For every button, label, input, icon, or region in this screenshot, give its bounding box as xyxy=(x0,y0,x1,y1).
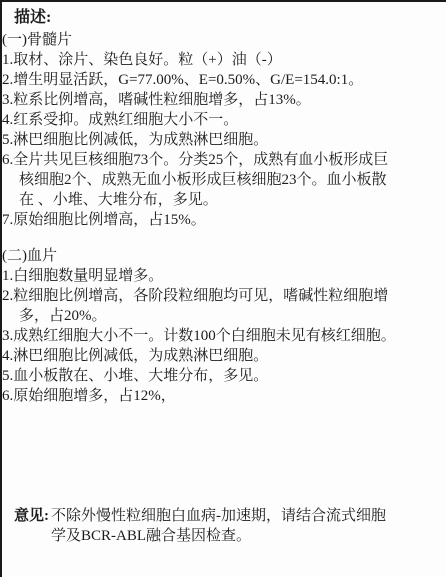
section-bone-marrow: (一)骨髓片 1.取材、涂片、染色良好。粒（+）油（-）2.增生明显活跃，G=7… xyxy=(2,30,396,230)
opinion-heading: 意见: xyxy=(2,506,49,526)
bone-marrow-item-list: 1.取材、涂片、染色良好。粒（+）油（-）2.增生明显活跃，G=77.00%、E… xyxy=(2,50,396,230)
report-line-item: 7.原始细胞比例增高，占15%。 xyxy=(2,210,396,230)
report-line-item: 1.取材、涂片、染色良好。粒（+）油（-） xyxy=(2,50,396,70)
report-line-item: 6.全片共见巨核细胞73个。分类25个，成熟有血小板形成巨核细胞2个、成熟无血小… xyxy=(2,150,396,210)
report-line-item: 3.成熟红细胞大小不一。计数100个白细胞未见有核红细胞。 xyxy=(2,326,396,346)
report-content: 描述: (一)骨髓片 1.取材、涂片、染色良好。粒（+）油（-）2.增生明显活跃… xyxy=(2,2,446,546)
report-line-item: 5.血小板散在、小堆、大堆分布，多见。 xyxy=(2,366,396,386)
report-line-item: 4.淋巴细胞比例减低，为成熟淋巴细胞。 xyxy=(2,346,396,366)
report-line-item: 3.粒系比例增高，嗜碱性粒细胞增多，占13%。 xyxy=(2,90,396,110)
report-line-item: 4.红系受抑。成熟红细胞大小不一。 xyxy=(2,110,396,130)
opinion-text: 不除外慢性粒细胞白血病-加速期，请结合流式细胞学及BCR-ABL融合基因检查。 xyxy=(51,506,396,546)
section-blood-film: (二)血片 1.白细胞数量明显增多。2.粒细胞比例增高，各阶段粒细胞均可见，嗜碱… xyxy=(2,246,396,406)
report-line-item: 1.白细胞数量明显增多。 xyxy=(2,266,396,286)
report-line-item: 5.淋巴细胞比例减低，为成熟淋巴细胞。 xyxy=(2,130,396,150)
section-heading-bone-marrow: (一)骨髓片 xyxy=(2,30,396,50)
report-line-item: 2.粒细胞比例增高，各阶段粒细胞均可见，嗜碱性粒细胞增多，占20%。 xyxy=(2,286,396,326)
blood-film-item-list: 1.白细胞数量明显增多。2.粒细胞比例增高，各阶段粒细胞均可见，嗜碱性粒细胞增多… xyxy=(2,266,396,406)
report-line-item: 6.原始细胞增多，占12%， xyxy=(2,386,396,406)
report-line-item: 2.增生明显活跃，G=77.00%、E=0.50%、G/E=154.0:1。 xyxy=(2,70,396,90)
opinion-row: 意见: 不除外慢性粒细胞白血病-加速期，请结合流式细胞学及BCR-ABL融合基因… xyxy=(2,506,396,546)
medical-report-page: 描述: (一)骨髓片 1.取材、涂片、染色良好。粒（+）油（-）2.增生明显活跃… xyxy=(0,0,446,577)
section-heading-blood-film: (二)血片 xyxy=(2,246,396,266)
description-heading: 描述: xyxy=(2,8,396,28)
